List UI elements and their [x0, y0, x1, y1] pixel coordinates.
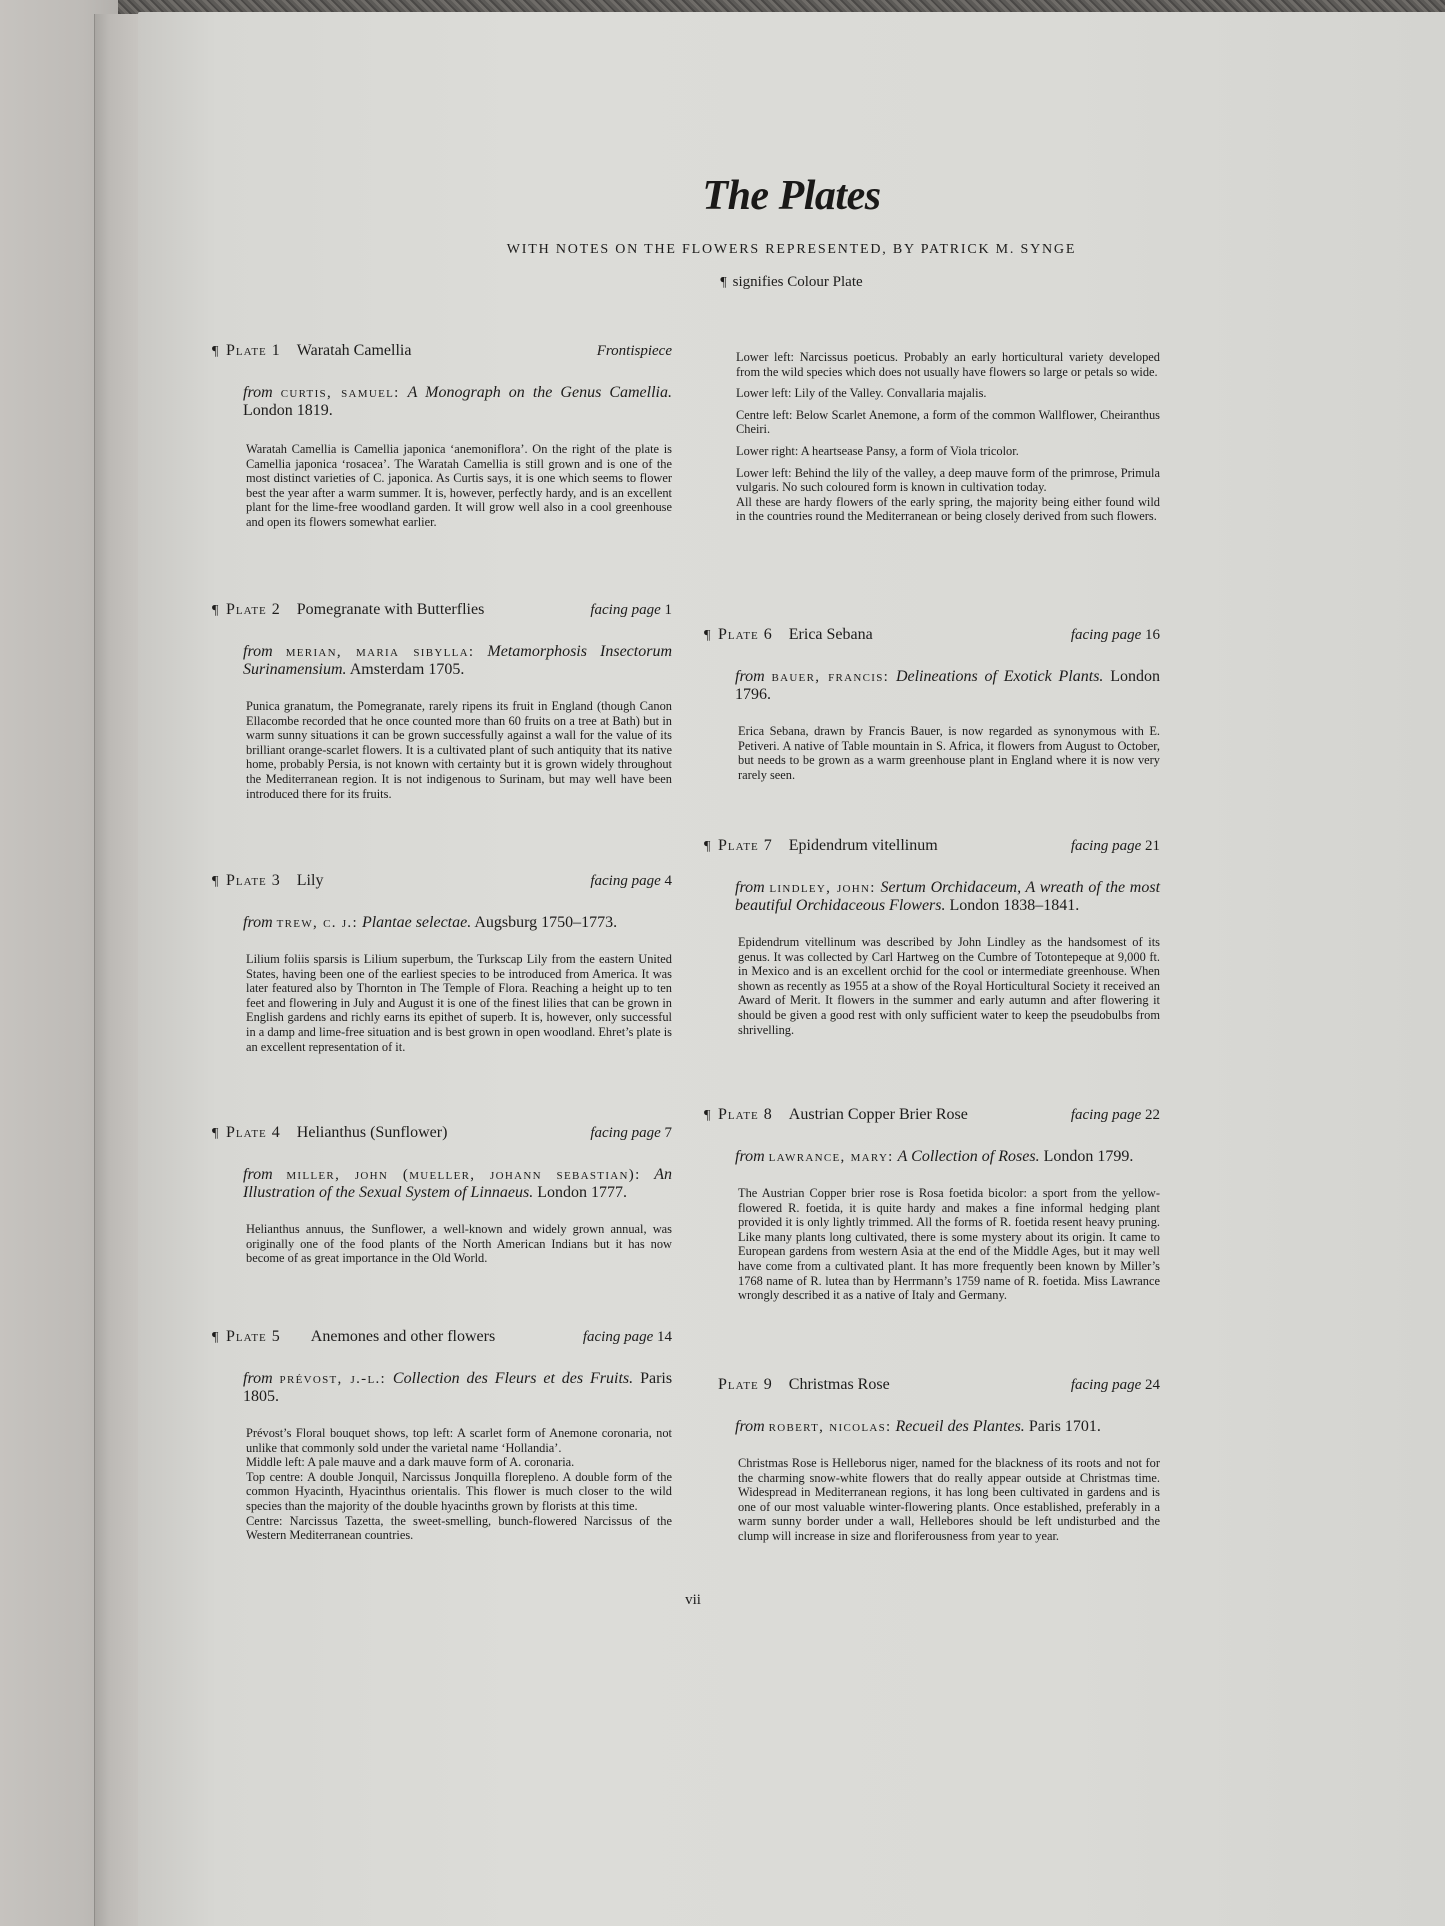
page-number: vii — [138, 1592, 1248, 1609]
plate-name: Helianthus (Sunflower) — [297, 1124, 448, 1142]
plate-source: from MERIAN, MARIA SIBYLLA: Metamorphosi… — [243, 643, 672, 679]
plate-entry: ¶ Plate 6 Erica Sebana facing page 16 fr… — [704, 626, 1160, 782]
plate-source: from MILLER, JOHN (MUELLER, JOHANN SEBAS… — [243, 1166, 672, 1202]
plate-source: from LINDLEY, JOHN: Sertum Orchidaceum, … — [735, 879, 1160, 915]
plate-source: from PRÉVOST, J.-L.: Collection des Fleu… — [243, 1370, 672, 1406]
plate-name: Pomegranate with Butterflies — [297, 601, 485, 619]
plate-heading: ¶ Plate 5 Anemones and other flowers fac… — [212, 1328, 672, 1346]
plate-facing: facing page 7 — [590, 1125, 672, 1142]
plate-entry: ¶ Plate 7 Epidendrum vitellinum facing p… — [704, 837, 1160, 1037]
plate-source: from TREW, C. J.: Plantae selectae. Augs… — [243, 914, 672, 932]
plate-facing: facing page 21 — [1071, 838, 1160, 855]
plate-heading: ¶ Plate 4 Helianthus (Sunflower) facing … — [212, 1124, 672, 1142]
plate-description: The Austrian Copper brier rose is Rosa f… — [738, 1186, 1160, 1303]
plate-description: Christmas Rose is Helleborus niger, name… — [738, 1456, 1160, 1544]
book-gutter — [94, 14, 142, 1926]
pilcrow-icon: ¶ — [720, 275, 726, 290]
pilcrow-icon: ¶ — [212, 603, 226, 619]
plate-description: Lower left: Narcissus poeticus. Probably… — [736, 350, 1160, 524]
plate-heading: Plate 9 Christmas Rose facing page 24 — [704, 1376, 1160, 1394]
plate-description: Epidendrum vitellinum was described by J… — [738, 935, 1160, 1037]
plate-facing: facing page 16 — [1071, 627, 1160, 644]
plate-name: Waratah Camellia — [297, 342, 412, 360]
pilcrow-icon: ¶ — [212, 344, 226, 360]
plate-number: Plate 1 — [226, 342, 281, 360]
colour-plate-legend: ¶signifies Colour Plate — [138, 274, 1445, 291]
pilcrow-icon: ¶ — [704, 839, 718, 855]
plate-name: Epidendrum vitellinum — [789, 837, 938, 855]
plate-description: Prévost’s Floral bouquet shows, top left… — [246, 1426, 672, 1543]
plate-description: Lilium foliis sparsis is Lilium superbum… — [246, 952, 672, 1054]
plate-description: Helianthus annuus, the Sunflower, a well… — [246, 1222, 672, 1266]
pilcrow-icon: ¶ — [212, 1330, 226, 1346]
plate-name: Lily — [297, 872, 324, 890]
page-subtitle: With notes on the flowers represented, b… — [138, 242, 1445, 258]
plate-heading: ¶ Plate 8 Austrian Copper Brier Rose fac… — [704, 1106, 1160, 1124]
pilcrow-icon: ¶ — [212, 874, 226, 890]
plate-entry: ¶ Plate 3 Lily facing page 4 from TREW, … — [212, 872, 672, 1054]
plate-number: Plate 7 — [718, 837, 773, 855]
plate-name: Christmas Rose — [789, 1376, 890, 1394]
plate-number: Plate 9 — [718, 1376, 773, 1394]
plate-number: Plate 4 — [226, 1124, 281, 1142]
plate-facing: Frontispiece — [597, 343, 672, 360]
plate-name: Austrian Copper Brier Rose — [789, 1106, 968, 1124]
plate-description: Waratah Camellia is Camellia japonica ‘a… — [246, 442, 672, 530]
plate-entry: ¶ Plate 5 Anemones and other flowers fac… — [212, 1328, 672, 1543]
pilcrow-icon: ¶ — [212, 1126, 226, 1142]
plate-entry-continued: Lower left: Narcissus poeticus. Probably… — [704, 350, 1160, 524]
plate-number: Plate 8 — [718, 1106, 773, 1124]
plate-facing: facing page 14 — [583, 1329, 672, 1346]
plate-entry: ¶ Plate 8 Austrian Copper Brier Rose fac… — [704, 1106, 1160, 1303]
plate-source: from ROBERT, NICOLAS: Recueil des Plante… — [735, 1418, 1160, 1436]
plate-heading: ¶ Plate 2 Pomegranate with Butterflies f… — [212, 601, 672, 619]
plate-entry: ¶ Plate 1 Waratah Camellia Frontispiece … — [212, 342, 672, 530]
plate-number: Plate 2 — [226, 601, 281, 619]
pilcrow-icon: ¶ — [704, 628, 718, 644]
plate-entry: ¶ Plate 4 Helianthus (Sunflower) facing … — [212, 1124, 672, 1266]
plate-source: from LAWRANCE, MARY: A Collection of Ros… — [735, 1148, 1160, 1166]
plate-source: from CURTIS, SAMUEL: A Monograph on the … — [243, 384, 672, 420]
plate-facing: facing page 22 — [1071, 1107, 1160, 1124]
pilcrow-icon: ¶ — [704, 1108, 718, 1124]
plate-facing: facing page 4 — [590, 873, 672, 890]
plate-description: Erica Sebana, drawn by Francis Bauer, is… — [738, 724, 1160, 782]
plate-number: Plate 3 — [226, 872, 281, 890]
plate-name: Anemones and other flowers — [311, 1328, 495, 1346]
plate-entry: ¶ Plate 2 Pomegranate with Butterflies f… — [212, 601, 672, 801]
legend-text: signifies Colour Plate — [733, 274, 863, 290]
page-title: The Plates — [138, 172, 1445, 220]
plate-facing: facing page 1 — [590, 602, 672, 619]
plate-description: Punica granatum, the Pomegranate, rarely… — [246, 699, 672, 801]
plate-name: Erica Sebana — [789, 626, 873, 644]
plate-number: Plate 5 — [226, 1328, 281, 1346]
book-page: The Plates With notes on the flowers rep… — [138, 12, 1445, 1926]
plate-facing: facing page 24 — [1071, 1377, 1160, 1394]
plate-heading: ¶ Plate 7 Epidendrum vitellinum facing p… — [704, 837, 1160, 855]
plate-number: Plate 6 — [718, 626, 773, 644]
plate-heading: ¶ Plate 1 Waratah Camellia Frontispiece — [212, 342, 672, 360]
plate-heading: ¶ Plate 6 Erica Sebana facing page 16 — [704, 626, 1160, 644]
plate-source: from BAUER, FRANCIS: Delineations of Exo… — [735, 668, 1160, 704]
plate-heading: ¶ Plate 3 Lily facing page 4 — [212, 872, 672, 890]
plate-entry: Plate 9 Christmas Rose facing page 24 fr… — [704, 1376, 1160, 1544]
